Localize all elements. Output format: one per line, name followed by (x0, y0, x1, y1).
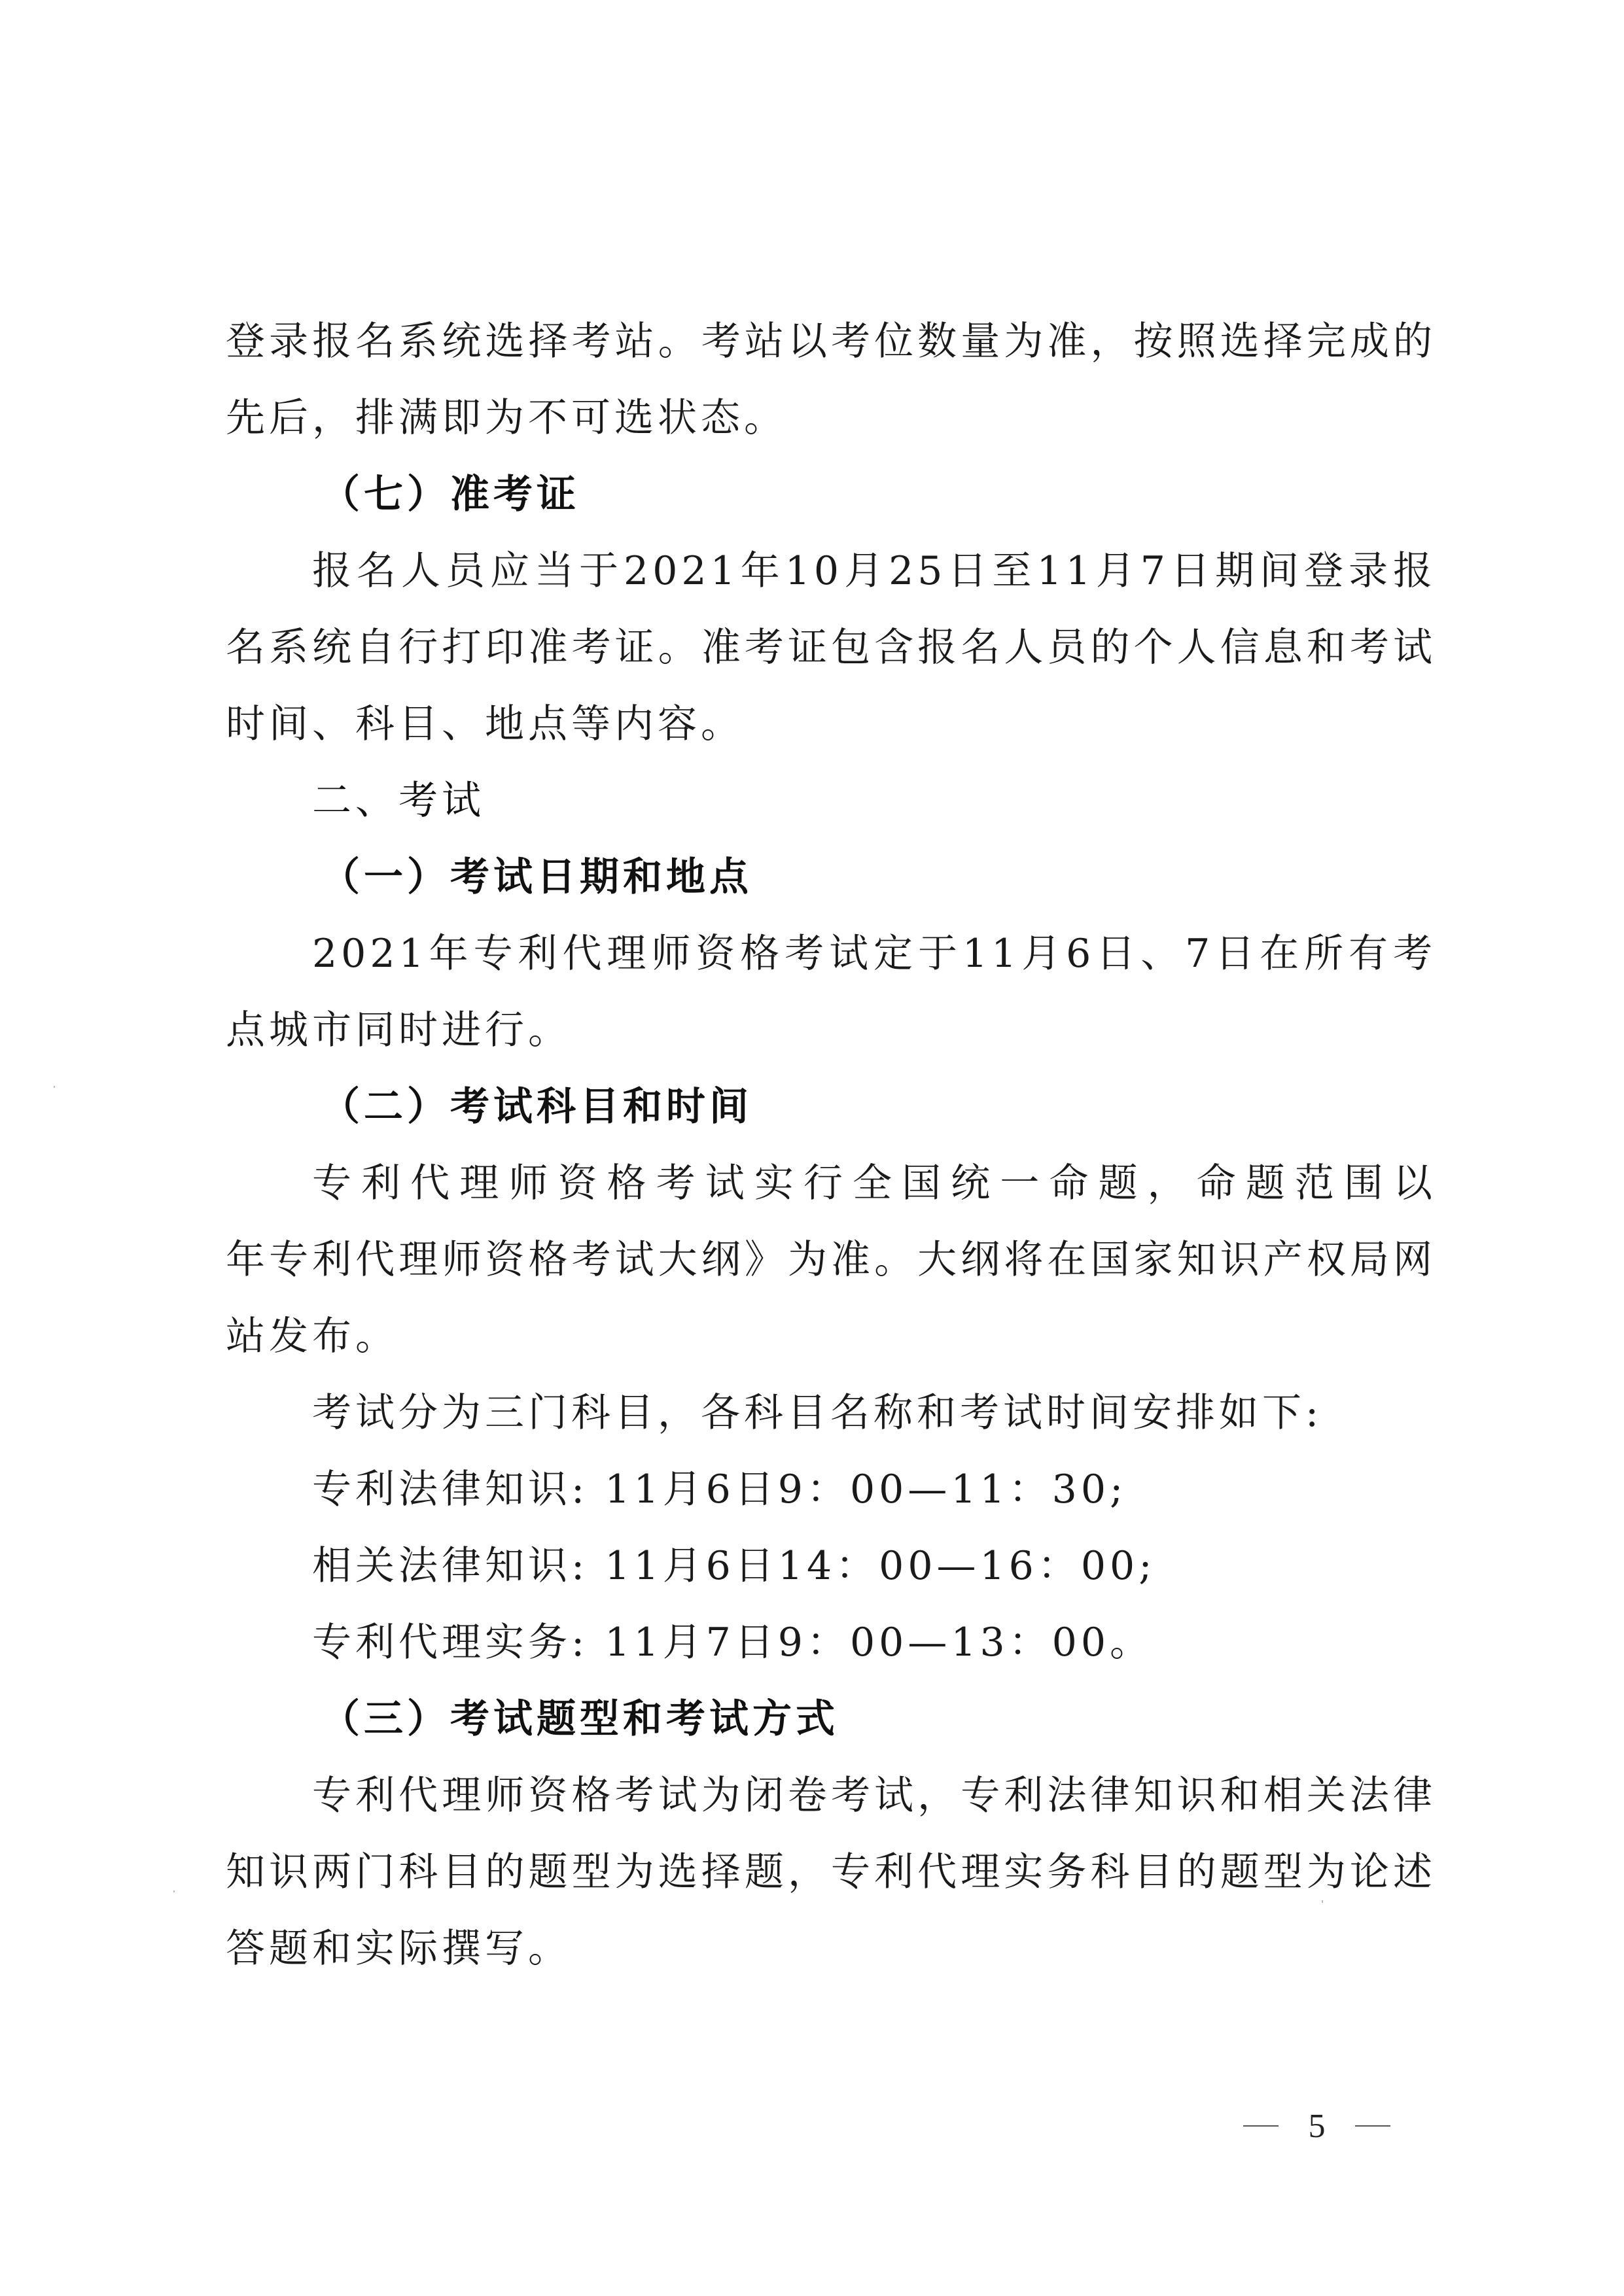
schedule-line-patent-practice: 专利代理实务: 11月7日9：00—13：00。 (312, 1605, 1153, 1681)
schedule-line-patent-law: 专利法律知识: 11月6日9：00—11：30; (312, 1452, 1127, 1528)
paragraph-line: 专利代理师资格考试为闭卷考试，专利法律知识和相关法律 (312, 1758, 1436, 1834)
paragraph-line: 报名人员应当于2021年10月25日至11月7日期间登录报 (312, 533, 1436, 610)
paragraph-line: 时间、科目、地点等内容。 (226, 686, 744, 763)
section-heading-exam: 二、考试 (312, 763, 485, 839)
scan-speck (54, 1086, 55, 1088)
page-number: 5 (1243, 2103, 1390, 2149)
paragraph-line: 2021年专利代理师资格考试定于11月6日、7日在所有考 (312, 916, 1436, 992)
section-heading-question-types: （三）考试题型和考试方式 (321, 1681, 839, 1758)
scan-speck (173, 1890, 175, 1892)
section-heading-date-location: （一）考试日期和地点 (321, 839, 752, 916)
paragraph-line: 知识两门科目的题型为选择题，专利代理实务科目的题型为论述 (226, 1834, 1436, 1911)
document-page: 登录报名系统选择考站。考站以考位数量为准，按照选择完成的 先后，排满即为不可选状… (0, 0, 1624, 2296)
paragraph-line: 答题和实际撰写。 (226, 1911, 571, 1987)
paragraph-line: 站发布。 (226, 1298, 398, 1375)
paragraph-line: 登录报名系统选择考站。考站以考位数量为准，按照选择完成的 (226, 304, 1436, 380)
scan-speck (1322, 1900, 1323, 1903)
paragraph-line: 专利代理师资格考试实行全国统一命题，命题范围以《2021 (312, 1145, 1436, 1222)
paragraph-line: 点城市同时进行。 (226, 992, 571, 1069)
paragraph-line: 先后，排满即为不可选状态。 (226, 380, 787, 457)
page-number-value: 5 (1309, 2107, 1326, 2146)
paragraph-line: 名系统自行打印准考证。准考证包含报名人员的个人信息和考试 (226, 610, 1436, 686)
dash-left (1243, 2125, 1279, 2127)
section-heading-subjects-time: （二）考试科目和时间 (321, 1069, 752, 1145)
schedule-line-related-law: 相关法律知识: 11月6日14：00—16：00; (312, 1528, 1156, 1605)
section-heading-admission-ticket: （七）准考证 (321, 457, 580, 533)
paragraph-line: 考试分为三门科目，各科目名称和考试时间安排如下: (312, 1375, 1322, 1452)
paragraph-line: 年专利代理师资格考试大纲》为准。大纲将在国家知识产权局网 (226, 1222, 1436, 1298)
dash-right (1355, 2125, 1390, 2127)
